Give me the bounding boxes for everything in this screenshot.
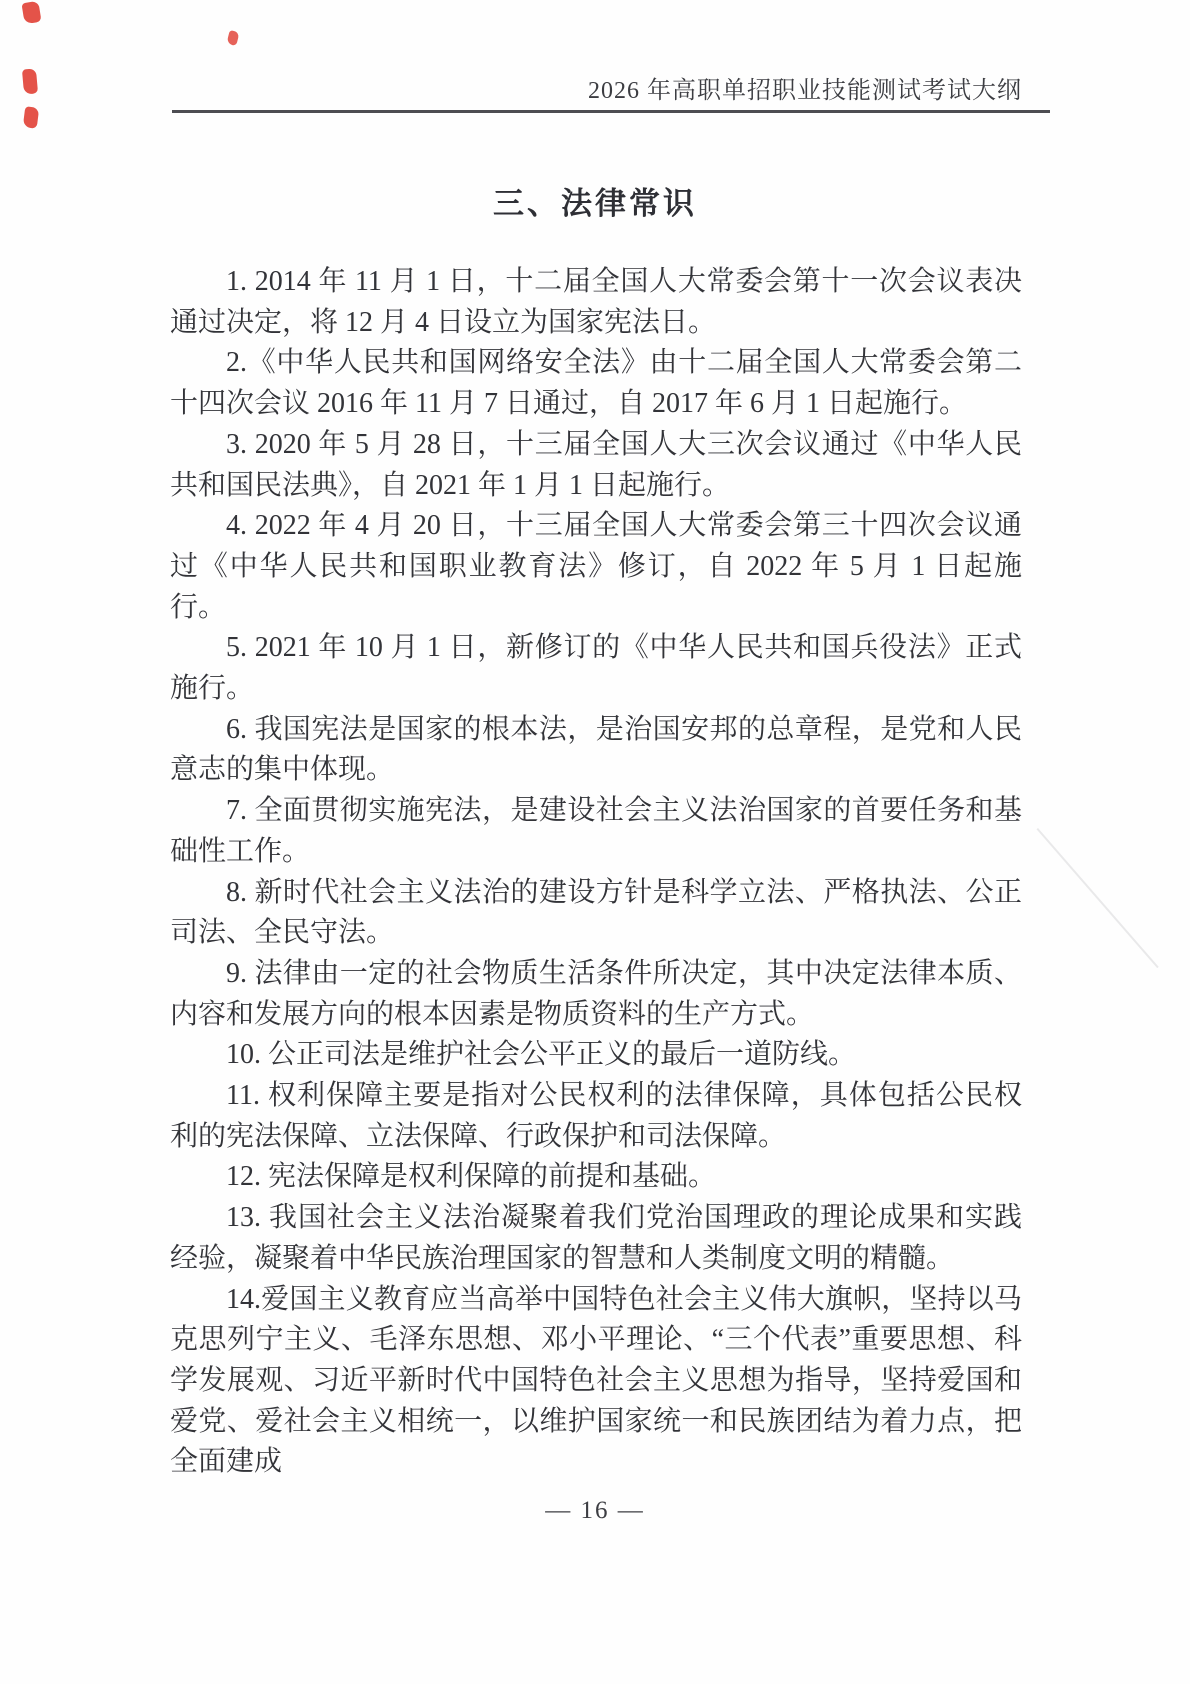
- running-header: 2026 年高职单招职业技能测试考试大纲: [170, 70, 1022, 105]
- red-scan-mark: [21, 1, 41, 24]
- page-number: — 16 —: [0, 1497, 1190, 1525]
- paragraph-item-8: 8. 新时代社会主义法治的建设方针是科学立法、严格执法、公正司法、全民守法。: [170, 873, 1022, 954]
- paragraph-item-4: 4. 2022 年 4 月 20 日，十三届全国人大常委会第三十四次会议通过《中…: [170, 506, 1022, 628]
- paragraph-item-2: 2.《中华人民共和国网络安全法》由十二届全国人大常委会第二十四次会议 2016 …: [170, 343, 1022, 424]
- document-page: 2026 年高职单招职业技能测试考试大纲 三、法律常识 1. 2014 年 11…: [0, 0, 1190, 1684]
- paragraph-item-9: 9. 法律由一定的社会物质生活条件所决定，其中决定法律本质、内容和发展方向的根本…: [170, 954, 1022, 1035]
- body-text: 1. 2014 年 11 月 1 日，十二届全国人大常委会第十一次会议表决通过决…: [170, 262, 1022, 1483]
- paragraph-item-13: 13. 我国社会主义法治凝聚着我们党治国理政的理论成果和实践经验，凝聚着中华民族…: [170, 1198, 1022, 1279]
- scan-streak-artifact: [1036, 828, 1158, 968]
- paragraph-item-3: 3. 2020 年 5 月 28 日，十三届全国人大三次会议通过《中华人民共和国…: [170, 425, 1022, 506]
- paragraph-item-12: 12. 宪法保障是权利保障的前提和基础。: [170, 1157, 1022, 1198]
- paragraph-item-10: 10. 公正司法是维护社会公平正义的最后一道防线。: [170, 1035, 1022, 1076]
- paragraph-item-5: 5. 2021 年 10 月 1 日，新修订的《中华人民共和国兵役法》正式施行。: [170, 628, 1022, 709]
- paragraph-item-1: 1. 2014 年 11 月 1 日，十二届全国人大常委会第十一次会议表决通过决…: [170, 262, 1022, 343]
- header-rule: [172, 110, 1050, 113]
- red-scan-mark: [226, 30, 239, 46]
- paragraph-item-7: 7. 全面贯彻实施宪法，是建设社会主义法治国家的首要任务和基础性工作。: [170, 791, 1022, 872]
- red-scan-mark: [22, 68, 38, 94]
- paragraph-item-14: 14.爱国主义教育应当高举中国特色社会主义伟大旗帜，坚持以马克思列宁主义、毛泽东…: [170, 1280, 1022, 1484]
- paragraph-item-6: 6. 我国宪法是国家的根本法，是治国安邦的总章程，是党和人民意志的集中体现。: [170, 710, 1022, 791]
- section-title: 三、法律常识: [0, 178, 1190, 223]
- paragraph-item-11: 11. 权利保障主要是指对公民权利的法律保障，具体包括公民权利的宪法保障、立法保…: [170, 1076, 1022, 1157]
- red-scan-mark: [23, 106, 39, 129]
